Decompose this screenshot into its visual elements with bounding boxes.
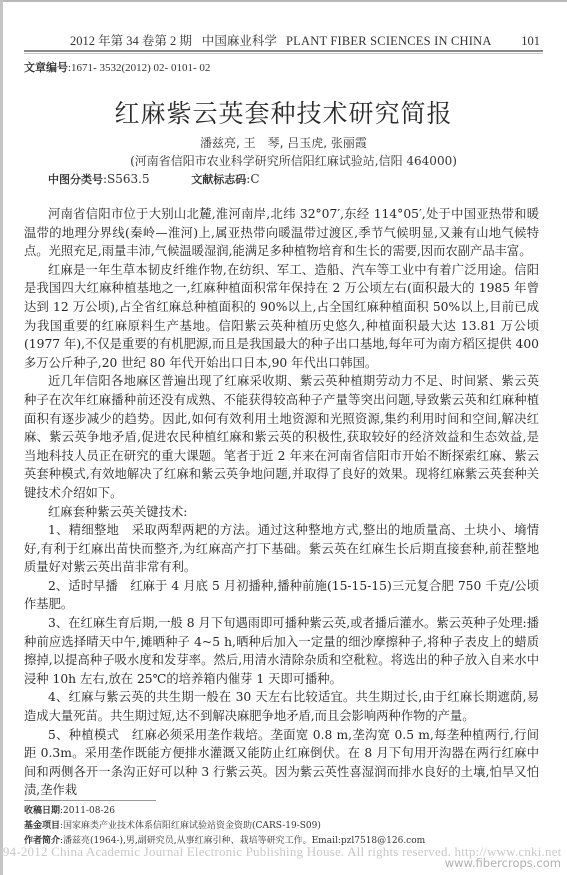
classification-line: 中图分类号:S563.5 文献标志码:C: [48, 171, 260, 187]
journal-name-cn: 中国麻业科学: [202, 34, 277, 48]
footnote-fund: 基金项目:国家麻类产业技术体系信阳红麻试验站资金资助(CARS-19-S09): [24, 819, 543, 834]
clc-value: :S563.5: [103, 172, 150, 186]
article-number-label: 文章编号: [24, 61, 68, 74]
paragraph-step-4: 4、红麻与紫云英的共生期一般在 30 天左右比较适宜。共生期过长,由于红麻长期遮…: [24, 688, 539, 725]
affiliation: (河南省信阳市农业科学研究所信阳红麻试验站,信阳 464000): [24, 152, 543, 169]
body-text: 河南省信阳市位于大别山北麓,淮河南岸,北纬 32°07′,东经 114°05′,…: [24, 205, 539, 800]
journal-name-en: PLANT FIBER SCIENCES IN CHINA: [286, 32, 492, 50]
paragraph-location: 河南省信阳市位于大别山北麓,淮河南岸,北纬 32°07′,东经 114°05′,…: [24, 205, 539, 261]
running-head-issue: 2012 年第 34 卷第 2 期中国麻业科学: [70, 32, 277, 50]
paragraph-step-3: 3、在红麻生育后期,一般 8 月下旬遇雨即可播种紫云英,或者播后灌水。紫云英种子…: [24, 614, 539, 688]
paper-title: 红麻紫云英套种技术研究简报: [24, 94, 543, 130]
footnote-received: 收稿日期:2011-08-26: [24, 804, 543, 819]
page-number: 101: [521, 32, 540, 50]
paragraph-kenaf-intro: 红麻是一年生草本韧皮纤维作物,在纺织、军工、造船、汽车等工业中有着广泛用途。信阳…: [24, 261, 539, 373]
doc-code-value: :C: [246, 172, 259, 186]
article-number-value: :1671- 3532(2012) 02- 0101- 02: [68, 62, 210, 74]
fund-label: 基金项目: [24, 821, 60, 831]
footnotes: 收稿日期:2011-08-26 基金项目:国家麻类产业技术体系信阳红麻试验站资金…: [24, 804, 543, 849]
paragraph-step-1: 1、精细整地 采取两犁两耙的方法。通过这种整地方式,整出的地质量高、土块小、墒情…: [24, 521, 539, 577]
author-list: 潘兹亮, 王 琴, 吕玉虎, 张丽霞: [24, 134, 543, 151]
received-value: :2011-08-26: [60, 806, 115, 816]
running-head: 2012 年第 34 卷第 2 期中国麻业科学 PLANT FIBER SCIE…: [24, 32, 543, 50]
issue-info: 2012 年第 34 卷第 2 期: [70, 34, 192, 48]
fund-value: :国家麻类产业技术体系信阳红麻试验站资金资助(CARS-19-S09): [60, 821, 321, 831]
footnote-rule: [24, 800, 156, 801]
paragraph-key-tech-heading: 红麻套种紫云英关键技术:: [24, 503, 539, 522]
page-frame-left: [0, 0, 3, 875]
clc-label: 中图分类号: [48, 173, 103, 186]
paragraph-step-2: 2、适时早播 红麻于 4 月底 5 月初播种,播种前施(15-15-15)三元复…: [24, 577, 539, 614]
paragraph-problem: 近几年信阳各地麻区普遍出现了红麻采收期、紫云英种植期劳动力不足、时间紧、紫云英种…: [24, 372, 539, 502]
received-label: 收稿日期: [24, 806, 60, 816]
paragraph-step-5: 5、种植模式 红麻必须采用垄作栽培。垄面宽 0.8 m,垄沟宽 0.5 m,每垄…: [24, 726, 539, 800]
site-watermark: www.fibercrops.com: [445, 856, 561, 870]
header-rule-thin: [24, 53, 543, 54]
article-number: 文章编号:1671- 3532(2012) 02- 0101- 02: [24, 59, 210, 75]
header-rule: [24, 50, 543, 52]
doc-code-label: 文献标志码: [191, 173, 246, 186]
page-frame-top: [0, 0, 567, 2]
